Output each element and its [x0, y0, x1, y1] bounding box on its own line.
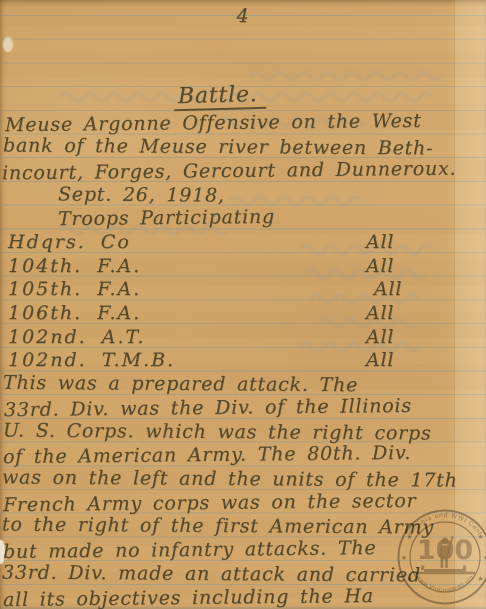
paper-damage-spot [3, 37, 13, 52]
body-line: 33rd. Div. was the Div. of the Illinois [4, 397, 412, 420]
intro-line: bank of the Meuse river between Beth- [3, 136, 433, 158]
troop-unit: 104th. F.A. [8, 257, 141, 276]
diary-page: 4 Battle. Meuse Argonne Offensive on the… [0, 0, 486, 609]
intro-line: Meuse Argonne Offensive on the West [5, 112, 422, 135]
page-number: 4 [0, 7, 486, 26]
watermark-bottom-arc-text: www.VirginiaWWI.org [415, 574, 476, 594]
body-line: all its objectives including the Ha [3, 587, 374, 609]
body-line: of the American Army. The 80th. Div. [3, 444, 411, 467]
centennial-watermark-seal: Virginia and WWI Cent www.VirginiaWWI.or… [397, 509, 486, 605]
star-icon: ★ [406, 533, 412, 541]
page-title: Battle. [174, 84, 266, 111]
date-line: Sept. 26, 1918, [58, 185, 225, 205]
body-line: to the right of the first American Army [2, 515, 434, 537]
body-line: This was a prepared attack. The [3, 374, 358, 395]
star-icon: ★ [477, 575, 483, 583]
troop-status: All [366, 328, 394, 347]
troop-row: Hdqrs. Co All [0, 233, 486, 257]
troop-status: All [366, 304, 394, 323]
troop-unit: 105th. F.A. [8, 280, 141, 299]
section-heading: Troops Participating [58, 208, 275, 229]
troop-unit: 102nd. T.M.B. [8, 351, 175, 370]
star-icon: ★ [477, 533, 483, 541]
body-line: was on the left and the units of the 17t… [2, 468, 458, 490]
troop-status: All [366, 233, 394, 252]
body-line: French Army corps was on the sector [3, 492, 417, 515]
troop-unit: 106th. F.A. [8, 304, 141, 323]
body-line: but made no infantry attacks. The [3, 539, 377, 562]
troop-unit: 102nd. A.T. [8, 328, 145, 347]
intro-line: incourt, Forges, Gercourt and Dunneroux. [2, 160, 457, 184]
star-icon: ★ [401, 554, 407, 562]
troop-status: All [366, 351, 394, 370]
body-line: U. S. Corps. which was the right corps [3, 422, 432, 444]
troop-unit: Hdqrs. Co [8, 233, 131, 252]
troop-row: 105th. F.A. All [0, 280, 486, 304]
troop-status: All [374, 280, 402, 299]
star-icon: ★ [406, 575, 412, 583]
troop-status: All [366, 257, 394, 276]
troop-row: 106th. F.A. All [0, 304, 486, 328]
body-line: 33rd. Div. made an attack and carried [2, 564, 421, 586]
